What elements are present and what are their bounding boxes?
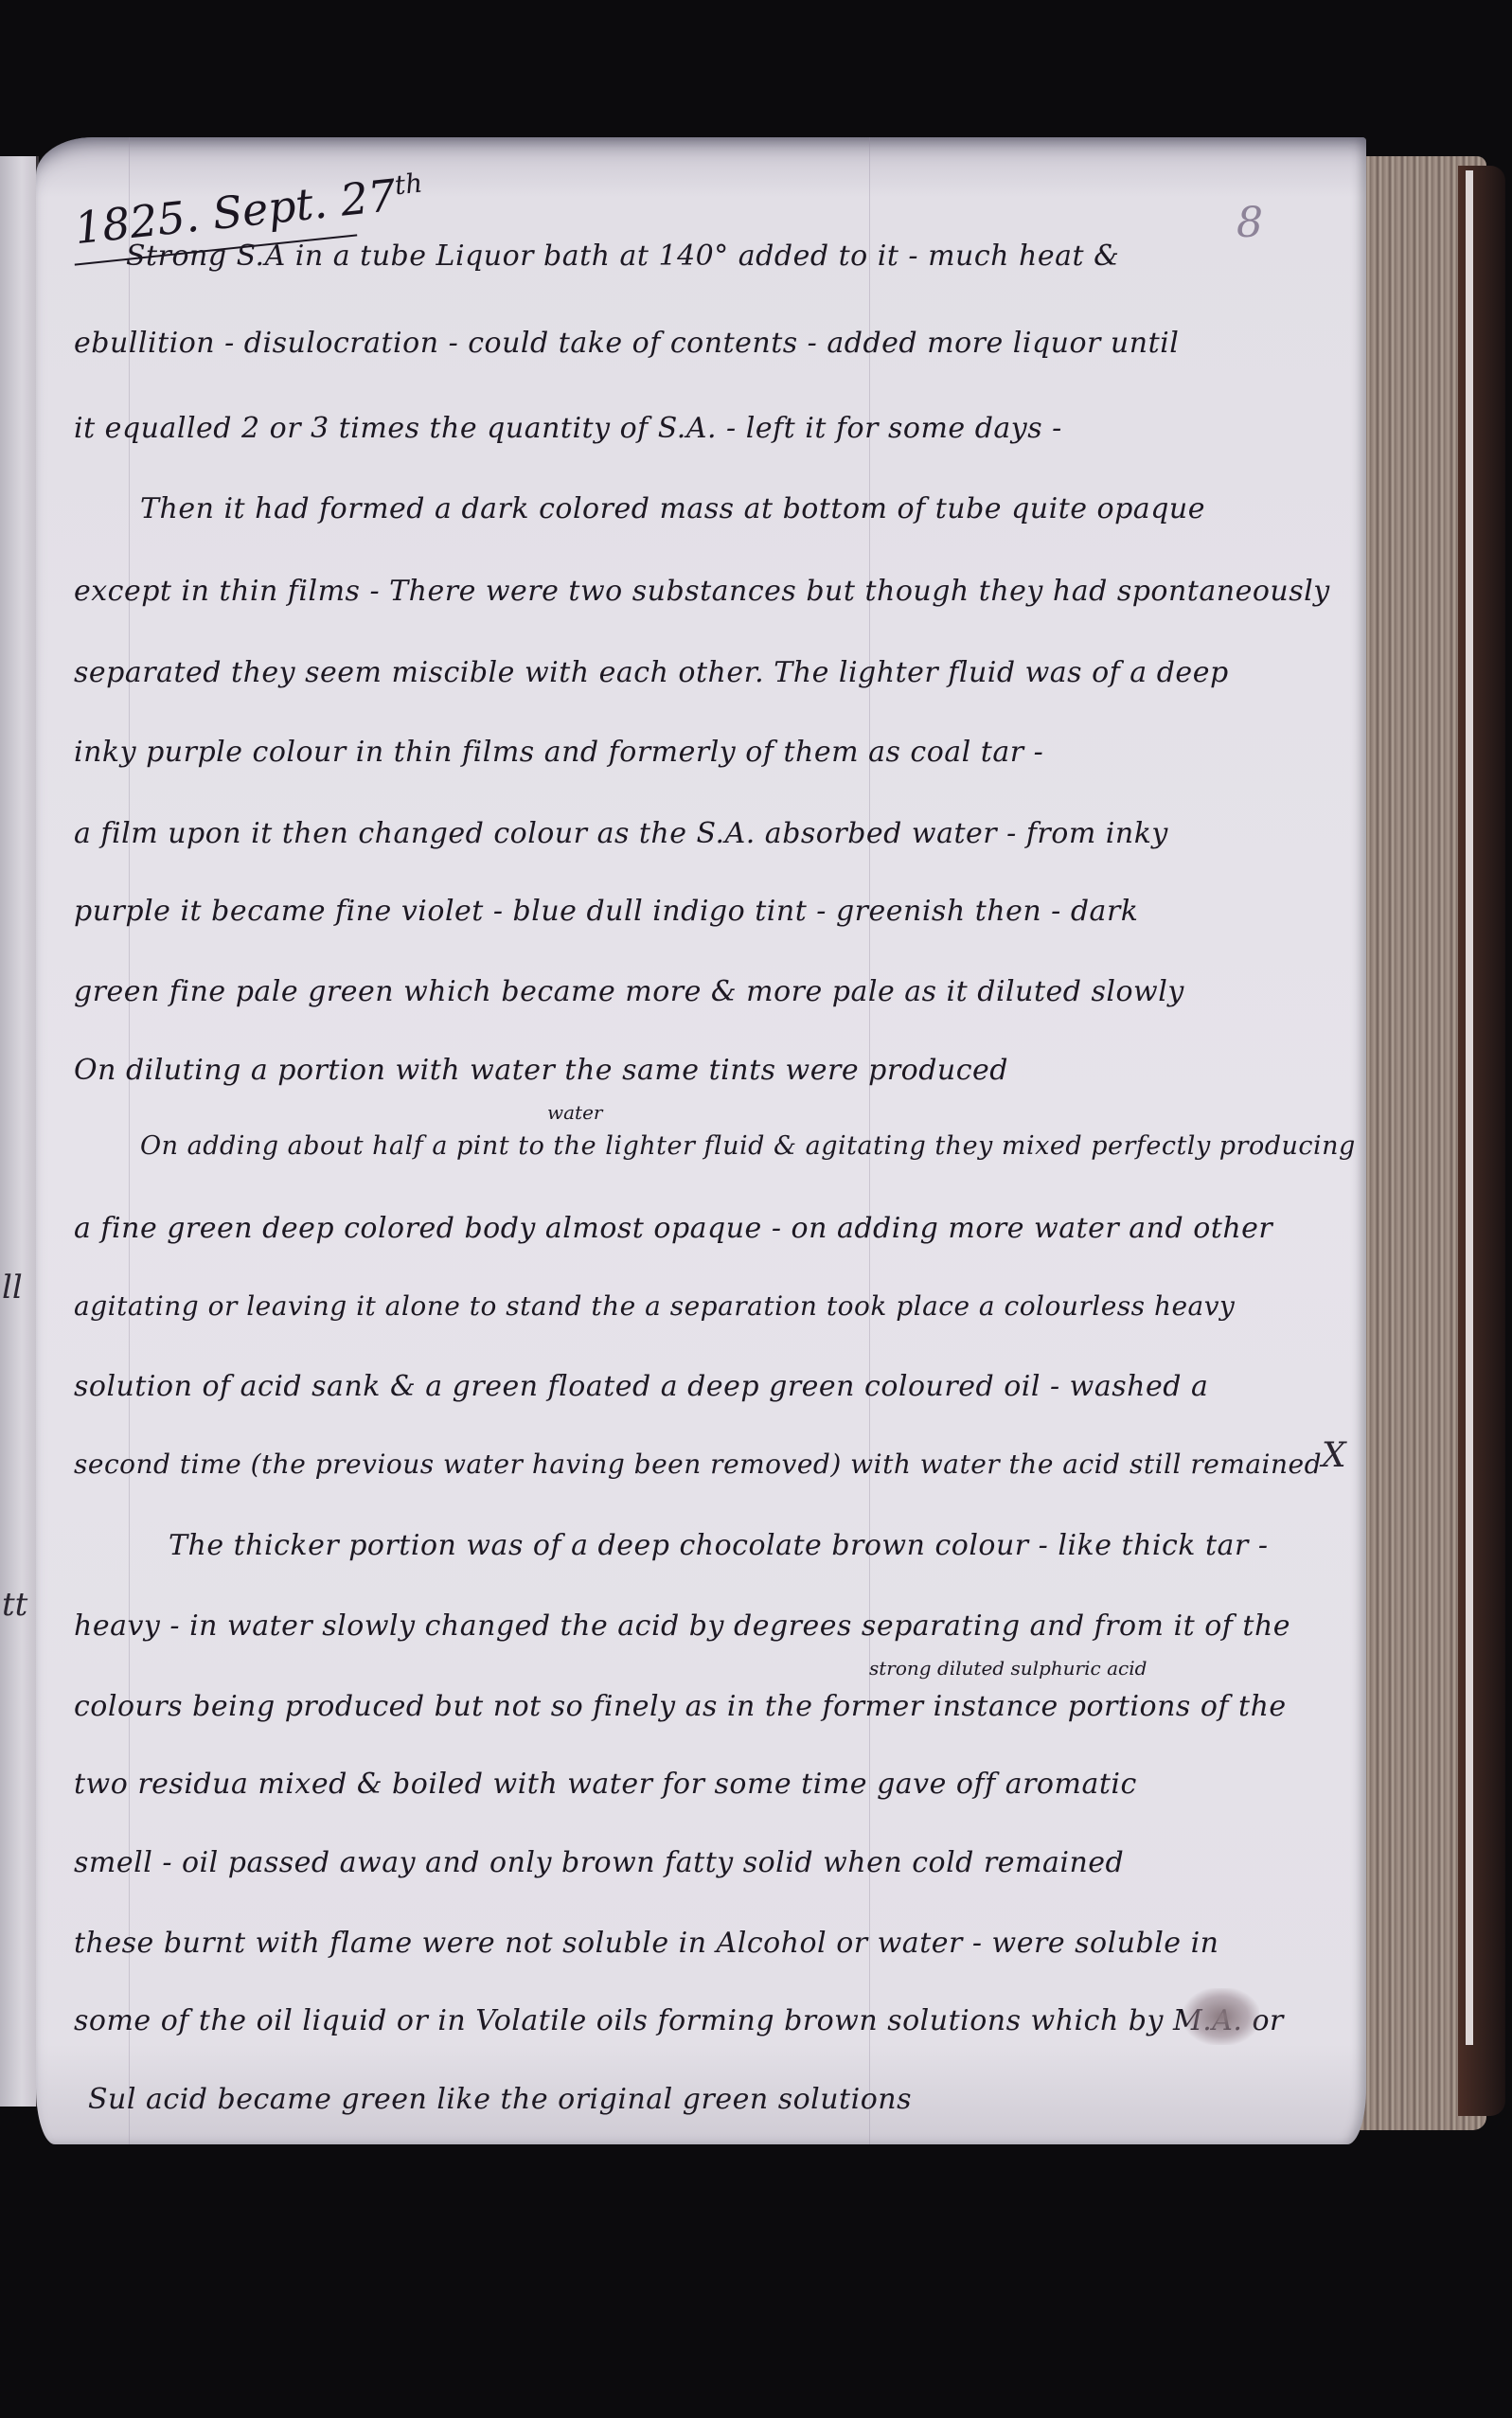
text-line-14: agitating or leaving it alone to stand t… [74, 1290, 1235, 1322]
text-line-15: solution of acid sank & a green floated … [74, 1370, 1208, 1403]
text-line-5: except in thin films - There were two su… [74, 575, 1330, 608]
text-line-16: second time (the previous water having b… [74, 1449, 1322, 1480]
text-line-10: green fine pale green which became more … [74, 975, 1184, 1008]
text-line-1: Strong S.A in a tube Liquor bath at 140°… [126, 240, 1119, 273]
text-line-8: a film upon it then changed colour as th… [74, 817, 1168, 850]
text-line-11: On diluting a portion with water the sam… [74, 1054, 1008, 1087]
facing-page-edge: ll tt [0, 156, 39, 2107]
text-line-19: colours being produced but not so finely… [74, 1690, 1287, 1723]
text-line-3: it equalled 2 or 3 times the quantity of… [74, 412, 1062, 445]
text-line-23: some of the oil liquid or in Volatile oi… [74, 2004, 1284, 2037]
folio-number: 8 [1236, 199, 1263, 247]
text-line-22: these burnt with flame were not soluble … [74, 1927, 1219, 1960]
text-line-18: heavy - in water slowly changed the acid… [74, 1609, 1290, 1643]
interlinear-insert-2: strong diluted sulphuric acid [869, 1657, 1147, 1680]
text-line-9: purple it became fine violet - blue dull… [74, 895, 1138, 928]
text-line-6: separated they seem miscible with each o… [74, 656, 1229, 689]
text-line-7: inky purple colour in thin films and for… [74, 736, 1043, 769]
text-line-4: Then it had formed a dark colored mass a… [140, 492, 1205, 525]
text-line-21: smell - oil passed away and only brown f… [74, 1846, 1124, 1879]
date-superscript: th [393, 167, 424, 201]
last-leaf-edge [1466, 170, 1473, 2045]
interlinear-insert-1: water [547, 1101, 602, 1124]
margin-x-mark: X [1322, 1436, 1346, 1475]
left-margin-note-1: ll [2, 1269, 23, 1307]
text-line-2: ebullition - disulocration - could take … [74, 327, 1179, 360]
left-margin-note-2: tt [2, 1586, 27, 1624]
manuscript-page: 8 1825. Sept. 27th Strong S.A in a tube … [36, 137, 1366, 2144]
text-line-12: On adding about half a pint to the light… [140, 1131, 1356, 1161]
text-line-24: Sul acid became green like the original … [88, 2083, 912, 2116]
text-line-17: The thicker portion was of a deep chocol… [169, 1529, 1268, 1562]
text-line-13: a fine green deep colored body almost op… [74, 1212, 1272, 1245]
ink-stain [1183, 1988, 1259, 2045]
text-line-20: two residua mixed & boiled with water fo… [74, 1768, 1137, 1801]
